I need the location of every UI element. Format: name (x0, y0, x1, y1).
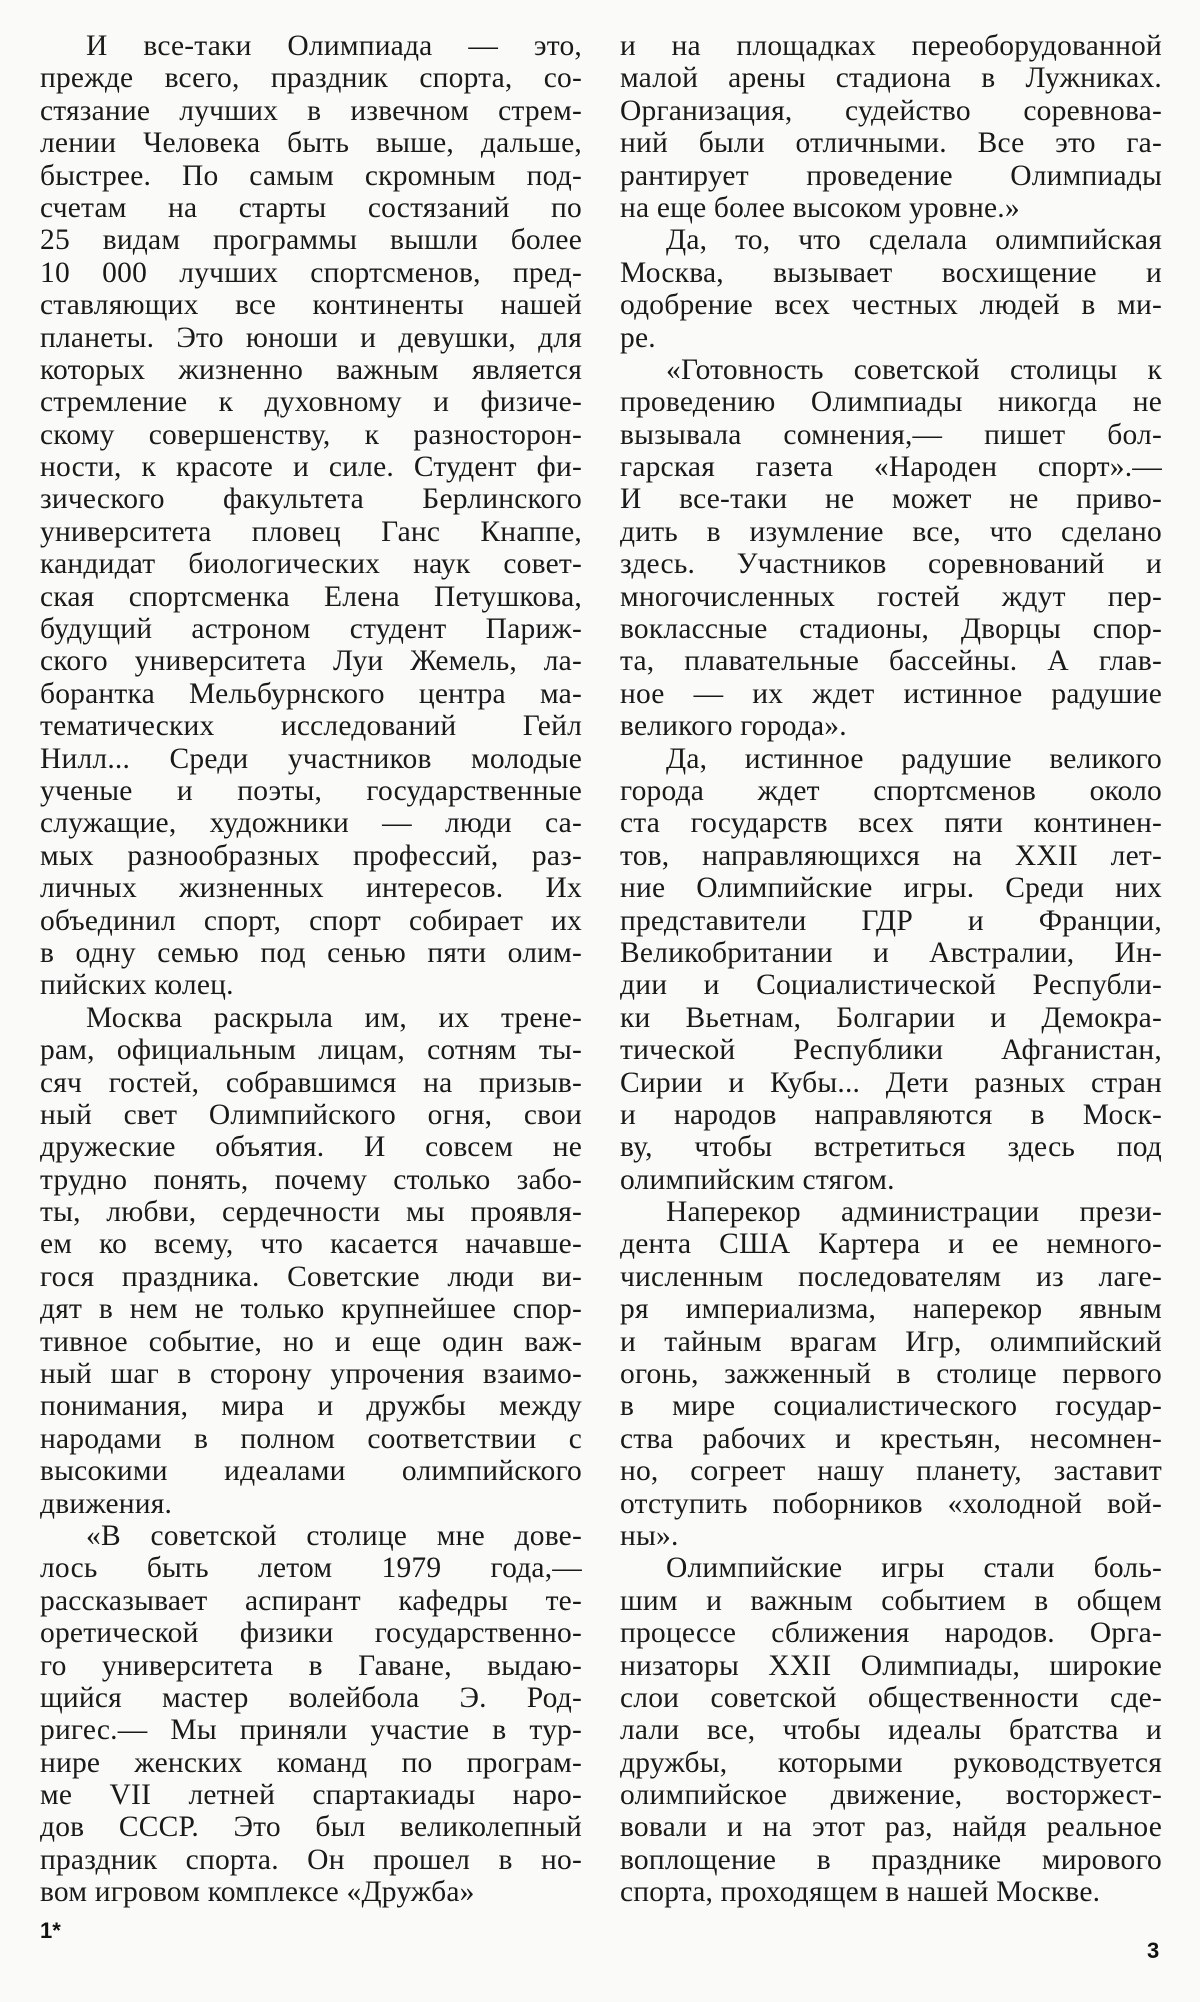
paragraph: Москва раскрыла им, их трене-рам, официа… (40, 1002, 582, 1520)
text-line: ме VII летней спартакиады наро- (40, 1779, 582, 1811)
text-line: на еще более высоком уровне.» (620, 192, 1162, 224)
paragraph: Наперекор администрации прези-дента США … (620, 1196, 1162, 1552)
text-line: но, согреет нашу планету, заставит (620, 1455, 1162, 1487)
text-line: ное — их ждет истинное радушие (620, 678, 1162, 710)
text-line: численным последователям из лаге- (620, 1261, 1162, 1293)
text-line: лали все, чтобы идеалы братства и (620, 1714, 1162, 1746)
text-line: дружеские объятия. И совсем не (40, 1131, 582, 1163)
text-line: дента США Картера и ее немного- (620, 1228, 1162, 1260)
text-line: гарская газета «Народен спорт».— (620, 451, 1162, 483)
signature-mark: 1* (40, 1918, 61, 1944)
text-line: И все-таки не может не приво- (620, 483, 1162, 515)
text-line: Олимпийские игры стали боль- (620, 1552, 1162, 1584)
text-line: Сирии и Кубы... Дети разных стран (620, 1067, 1162, 1099)
text-line: быстрее. По самым скромным под- (40, 160, 582, 192)
text-line: воплощение в празднике мирового (620, 1844, 1162, 1876)
text-line: будущий астроном студент Париж- (40, 613, 582, 645)
paragraph: Да, истинное радушие великогогорода ждет… (620, 743, 1162, 1196)
text-line: рантирует проведение Олимпиады (620, 160, 1162, 192)
text-line: «В советской столице мне дове- (40, 1520, 582, 1552)
text-line: вызывала сомнения,— пишет бол- (620, 419, 1162, 451)
text-line: олимпийским стягом. (620, 1164, 1162, 1196)
text-line: тивное событие, но и еще один важ- (40, 1326, 582, 1358)
text-line: лении Человека быть выше, дальше, (40, 127, 582, 159)
text-line: праздник спорта. Он прошел в но- (40, 1844, 582, 1876)
text-line: великого города». (620, 710, 1162, 742)
text-line: счетам на старты состязаний по (40, 192, 582, 224)
text-line: планеты. Это юноши и девушки, для (40, 322, 582, 354)
text-line: в одну семью под сенью пяти олим- (40, 937, 582, 969)
text-line: личных жизненных интересов. Их (40, 872, 582, 904)
text-line: дят в нем не только крупнейшее спор- (40, 1293, 582, 1325)
text-line: отступить поборников «холодной вой- (620, 1488, 1162, 1520)
text-line: слои советской общественности сде- (620, 1682, 1162, 1714)
text-line: трудно понять, почему столько забо- (40, 1164, 582, 1196)
text-line: ный шаг в сторону упрочения взаимо- (40, 1358, 582, 1390)
text-line: «Готовность советской столицы к (620, 354, 1162, 386)
text-line: тической Республики Афганистан, (620, 1034, 1162, 1066)
text-line: Организация, судейство соревнова- (620, 95, 1162, 127)
text-line: ву, чтобы встретиться здесь под (620, 1131, 1162, 1163)
text-line: движения. (40, 1488, 582, 1520)
text-line: дить в изумление все, что сделано (620, 516, 1162, 548)
text-line: ты, любви, сердечности мы проявля- (40, 1196, 582, 1228)
text-line: ем ко всему, что касается начавше- (40, 1228, 582, 1260)
text-line: кандидат биологических наук совет- (40, 548, 582, 580)
text-line: ства рабочих и крестьян, несомнен- (620, 1423, 1162, 1455)
text-line: одобрение всех честных людей в ми- (620, 289, 1162, 321)
text-line: вом игровом комплексе «Дружба» (40, 1876, 582, 1908)
text-line: 25 видам программы вышли более (40, 224, 582, 256)
text-line: представители ГДР и Франции, (620, 905, 1162, 937)
text-line: Да, то, что сделала олимпийская (620, 224, 1162, 256)
text-line: гося праздника. Советские люди ви- (40, 1261, 582, 1293)
text-line: Великобритании и Австралии, Ин- (620, 937, 1162, 969)
text-line: нире женских команд по програм- (40, 1747, 582, 1779)
text-line: ный свет Олимпийского огня, свои (40, 1099, 582, 1131)
text-line: тов, направляющихся на XXII лет- (620, 840, 1162, 872)
text-line: здесь. Участников соревнований и (620, 548, 1162, 580)
text-line: вовали и на этот раз, найдя реальное (620, 1811, 1162, 1843)
text-line: малой арены стадиона в Лужниках. (620, 62, 1162, 94)
text-line: которых жизненно важным является (40, 354, 582, 386)
text-line: воклассные стадионы, Дворцы спор- (620, 613, 1162, 645)
text-line: служащие, художники — люди са- (40, 807, 582, 839)
text-line: и тайным врагам Игр, олимпийский (620, 1326, 1162, 1358)
text-line: рам, официальным лицам, сотням ты- (40, 1034, 582, 1066)
text-line: спорта, проходящем в нашей Москве. (620, 1876, 1162, 1908)
text-line: высокими идеалами олимпийского (40, 1455, 582, 1487)
text-line: в мире социалистического государ- (620, 1390, 1162, 1422)
text-line: ний были отличными. Все это га- (620, 127, 1162, 159)
text-line: Наперекор администрации прези- (620, 1196, 1162, 1228)
text-line: дов СССР. Это был великолепный (40, 1811, 582, 1843)
text-line: ученые и поэты, государственные (40, 775, 582, 807)
text-line: ставляющих все континенты нашей (40, 289, 582, 321)
text-line: ста государств всех пяти континен- (620, 807, 1162, 839)
text-line: и на площадках переоборудованной (620, 30, 1162, 62)
text-line: го университета в Гаване, выдаю- (40, 1650, 582, 1682)
text-line: Нилл... Среди участников молодые (40, 743, 582, 775)
text-line: ки Вьетнам, Болгарии и Демокра- (620, 1002, 1162, 1034)
text-line: низаторы XXII Олимпиады, широкие (620, 1650, 1162, 1682)
text-line: проведению Олимпиады никогда не (620, 386, 1162, 418)
left-column: И все-таки Олимпиада — это,прежде всего,… (40, 30, 582, 1909)
text-line: Москва раскрыла им, их трене- (40, 1002, 582, 1034)
paragraph: «Готовность советской столицы кпроведени… (620, 354, 1162, 743)
paragraph: И все-таки Олимпиада — это,прежде всего,… (40, 30, 582, 1002)
text-line: ности, к красоте и силе. Студент фи- (40, 451, 582, 483)
text-line: университета пловец Ганс Кнаппе, (40, 516, 582, 548)
page-number: 3 (1147, 1938, 1159, 1964)
text-line: дии и Социалистической Республи- (620, 969, 1162, 1001)
text-line: стремление к духовному и физиче- (40, 386, 582, 418)
paragraph: Да, то, что сделала олимпийскаяМосква, в… (620, 224, 1162, 354)
text-line: скому совершенству, к разносторон- (40, 419, 582, 451)
text-line: города ждет спортсменов около (620, 775, 1162, 807)
text-line: щийся мастер волейбола Э. Род- (40, 1682, 582, 1714)
text-line: огонь, зажженный в столице первого (620, 1358, 1162, 1390)
paragraph: «В советской столице мне дове-лось быть … (40, 1520, 582, 1909)
text-line: стязание лучших в извечном стрем- (40, 95, 582, 127)
text-line: народами в полном соответствии с (40, 1423, 582, 1455)
text-line: ская спортсменка Елена Петушкова, (40, 581, 582, 613)
text-line: лось быть летом 1979 года,— (40, 1552, 582, 1584)
text-line: шим и важным событием в общем (620, 1585, 1162, 1617)
text-line: олимпийское движение, восторжест- (620, 1779, 1162, 1811)
text-line: борантка Мельбурнского центра ма- (40, 678, 582, 710)
text-line: понимания, мира и дружбы между (40, 1390, 582, 1422)
paragraph: и на площадках переоборудованноймалой ар… (620, 30, 1162, 224)
text-line: ригес.— Мы приняли участие в тур- (40, 1714, 582, 1746)
text-line: ны». (620, 1520, 1162, 1552)
text-line: Да, истинное радушие великого (620, 743, 1162, 775)
text-line: зического факультета Берлинского (40, 483, 582, 515)
text-line: многочисленных гостей ждут пер- (620, 581, 1162, 613)
text-line: объединил спорт, спорт собирает их (40, 905, 582, 937)
text-line: мых разнообразных профессий, раз- (40, 840, 582, 872)
text-line: та, плавательные бассейны. А глав- (620, 645, 1162, 677)
text-line: прежде всего, праздник спорта, со- (40, 62, 582, 94)
text-line: рассказывает аспирант кафедры те- (40, 1585, 582, 1617)
text-line: Москва, вызывает восхищение и (620, 257, 1162, 289)
text-line: сяч гостей, собравшимся на призыв- (40, 1067, 582, 1099)
text-line: процессе сближения народов. Орга- (620, 1617, 1162, 1649)
text-line: оретической физики государственно- (40, 1617, 582, 1649)
right-column: и на площадках переоборудованноймалой ар… (620, 30, 1162, 1909)
text-line: и народов направляются в Моск- (620, 1099, 1162, 1131)
text-line: 10 000 лучших спортсменов, пред- (40, 257, 582, 289)
text-line: ре. (620, 322, 1162, 354)
text-line: ние Олимпийские игры. Среди них (620, 872, 1162, 904)
text-line: ря империализма, наперекор явным (620, 1293, 1162, 1325)
text-line: ского университета Луи Жемель, ла- (40, 645, 582, 677)
text-line: пийских колец. (40, 969, 582, 1001)
text-line: дружбы, которыми руководствуется (620, 1747, 1162, 1779)
paragraph: Олимпийские игры стали боль-шим и важным… (620, 1552, 1162, 1908)
text-line: тематических исследований Гейл (40, 710, 582, 742)
text-line: И все-таки Олимпиада — это, (40, 30, 582, 62)
